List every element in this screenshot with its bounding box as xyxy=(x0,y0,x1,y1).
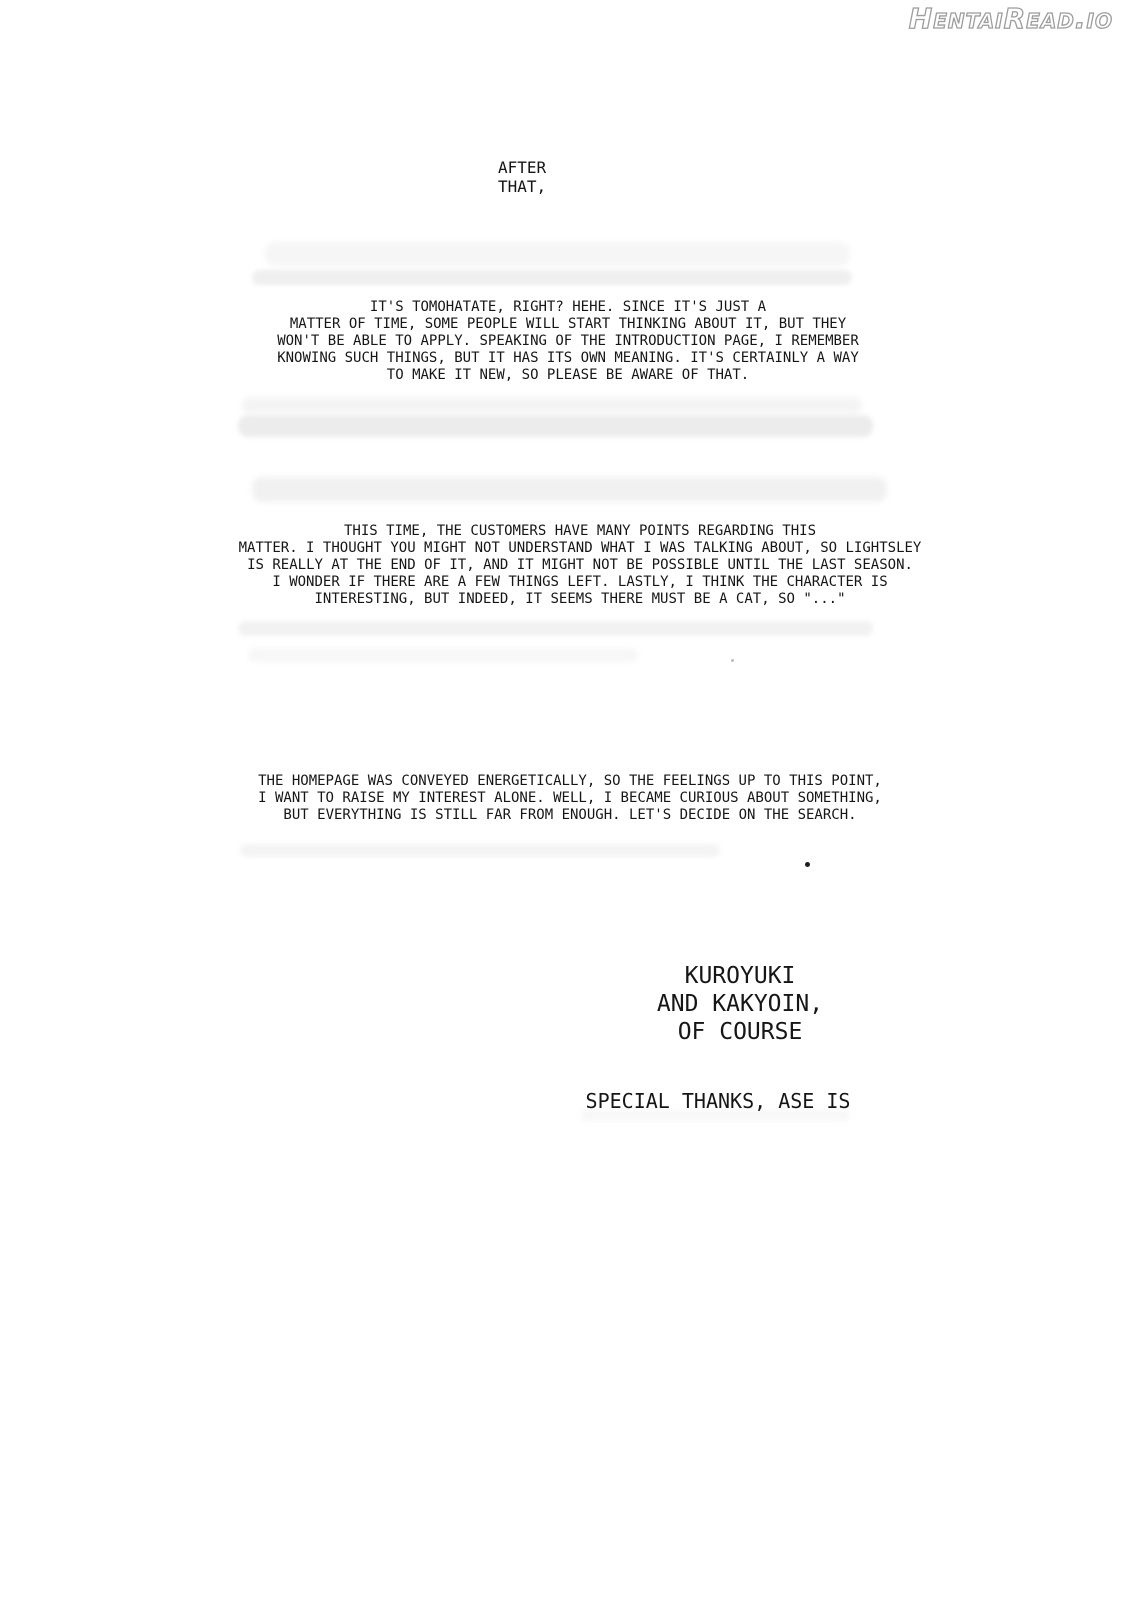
erased-text-smudge xyxy=(252,270,852,285)
site-watermark-logo: HentaiRead.io xyxy=(909,2,1113,35)
erased-text-smudge xyxy=(252,477,887,502)
stray-speck xyxy=(731,659,734,662)
credit-caption: KUROYUKI AND KAKYOIN, OF COURSE xyxy=(590,962,890,1046)
translated-paragraph-1: IT'S TOMOHATATE, RIGHT? HEHE. SINCE IT'S… xyxy=(218,299,918,384)
erased-text-smudge xyxy=(240,844,720,857)
special-thanks-caption: SPECIAL THANKS, ASE IS xyxy=(518,1089,918,1113)
opening-caption: AFTER THAT, xyxy=(498,158,546,196)
erased-text-smudge xyxy=(265,242,850,266)
erased-text-smudge xyxy=(238,415,873,437)
period-ink-dot xyxy=(805,862,810,867)
translated-paragraph-2: THIS TIME, THE CUSTOMERS HAVE MANY POINT… xyxy=(220,523,940,608)
manga-afterword-page: HentaiRead.io AFTER THAT, IT'S TOMOHATAT… xyxy=(0,0,1123,1600)
erased-text-smudge xyxy=(248,648,638,662)
erased-text-smudge xyxy=(238,621,873,636)
erased-text-smudge xyxy=(242,397,862,413)
translated-paragraph-3: THE HOMEPAGE WAS CONVEYED ENERGETICALLY,… xyxy=(210,773,930,824)
